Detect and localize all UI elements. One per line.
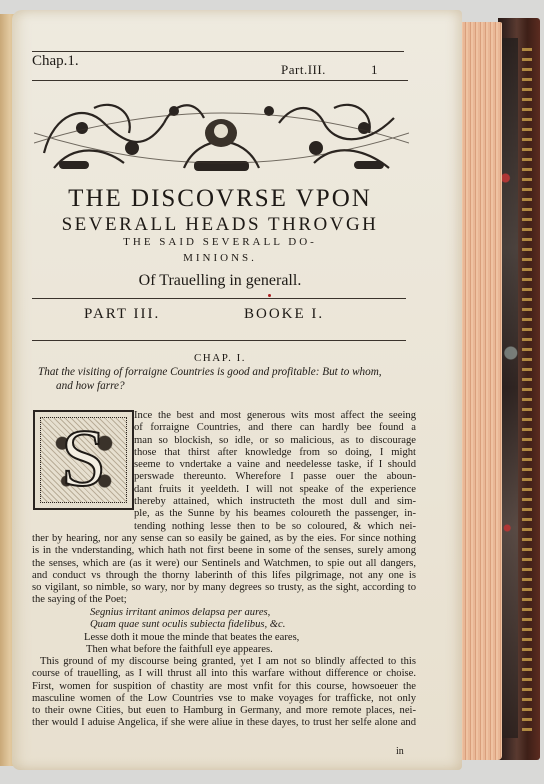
part-label: PART III. xyxy=(84,306,160,323)
title-line3: THE SAID SEVERALL DO- xyxy=(123,236,317,248)
body-line: tending nothing lesse then to be so colo… xyxy=(134,521,416,533)
red-mark xyxy=(268,294,271,297)
body-line: and conduct vs through the thorny laberi… xyxy=(32,570,416,582)
body-indented-block: Ince the best and most generous wits mos… xyxy=(134,410,416,533)
verse-line: Lesse doth it moue the minde that beates… xyxy=(84,632,404,644)
verse-block: Segnius irritant animos delapsa per aure… xyxy=(84,607,404,656)
body-line: perswade thereunto. Wherefore I passe ou… xyxy=(134,471,416,483)
body-line: those that thirst after knowledge from s… xyxy=(134,447,416,459)
verse-line: Then what before the faithfull eye appea… xyxy=(84,644,404,656)
body-line: ther by hearing, nor any sense can so ea… xyxy=(32,533,416,545)
subtitle: Of Trauelling in generall. xyxy=(30,272,410,290)
body-line: dant fruits it yeeldeth. I will not spea… xyxy=(134,484,416,496)
body-line: ple, as the Sunne by his beames colouret… xyxy=(134,508,416,520)
book-binding xyxy=(498,18,540,760)
part-rule-bottom xyxy=(32,340,406,341)
body-line: to their owne Cities, but euen to Hambur… xyxy=(32,705,416,717)
body-line: Ince the best and most generous wits mos… xyxy=(134,410,416,422)
body-line: man so blockish, so idle, or so maliciou… xyxy=(134,435,416,447)
body-closing-block: This ground of my discourse being grante… xyxy=(32,656,416,730)
argument-line2: and how farre? xyxy=(38,379,416,393)
verse-line: Segnius irritant animos delapsa per aure… xyxy=(84,607,404,619)
initial-letter: S xyxy=(35,414,132,502)
part-rule-top xyxy=(32,298,406,299)
header-rule-top xyxy=(32,51,404,52)
running-header-chapter: Chap.1. xyxy=(32,53,79,70)
body-full-block: ther by hearing, nor any sense can so ea… xyxy=(32,533,416,607)
body-line: course of trauelling, as I will thrust a… xyxy=(32,668,416,680)
body-line: the senses, which are (as it were) our S… xyxy=(32,558,416,570)
chapter-argument: That the visiting of forraigne Countries… xyxy=(38,365,416,393)
body-line: seeme to vndertake a vaine and needeless… xyxy=(134,459,416,471)
chapter-heading: CHAP. I. xyxy=(30,352,410,364)
main-title-line1: THE DISCOVRSE VPON xyxy=(30,185,410,213)
verse-line: Quam quae sunt oculis subiecta fidelibus… xyxy=(84,619,404,631)
body-line: the saying of the Poet; xyxy=(32,594,416,606)
main-title-line3: THE SAID SEVERALL DO- MINIONS. xyxy=(30,234,410,266)
body-line: of forraigne Countries, and there can ha… xyxy=(134,422,416,434)
body-line: masculine women of the Low Countries vse… xyxy=(32,693,416,705)
body-line: This ground of my discourse being grante… xyxy=(32,656,416,668)
marbled-endpaper xyxy=(500,38,518,738)
body-line: thereby attained, which instructeth the … xyxy=(134,496,416,508)
body-line: ther would I aduise Angelica, if she wer… xyxy=(32,717,416,729)
page-number: 1 xyxy=(371,62,378,78)
book-label: BOOKE I. xyxy=(244,306,324,323)
body-line: is in the vnderstanding, which hath not … xyxy=(32,545,416,557)
running-header-part: Part.III. xyxy=(281,62,326,78)
page-block-edge xyxy=(458,22,502,760)
body-line: so vigilant, so nimble, so wary, nor by … xyxy=(32,582,416,594)
catchword: in xyxy=(396,746,404,757)
body-line: First, women for suspition of chastity a… xyxy=(32,681,416,693)
title-line4: MINIONS. xyxy=(183,252,257,264)
argument-line1: That the visiting of forraigne Countries… xyxy=(38,366,382,378)
main-title-line2: SEVERALL HEADS THROVGH xyxy=(30,214,410,236)
decorated-initial-icon: S xyxy=(33,410,134,510)
woodcut-ornament-icon xyxy=(34,93,409,179)
gilt-tooling xyxy=(522,48,532,738)
header-rule-bottom xyxy=(32,80,408,81)
